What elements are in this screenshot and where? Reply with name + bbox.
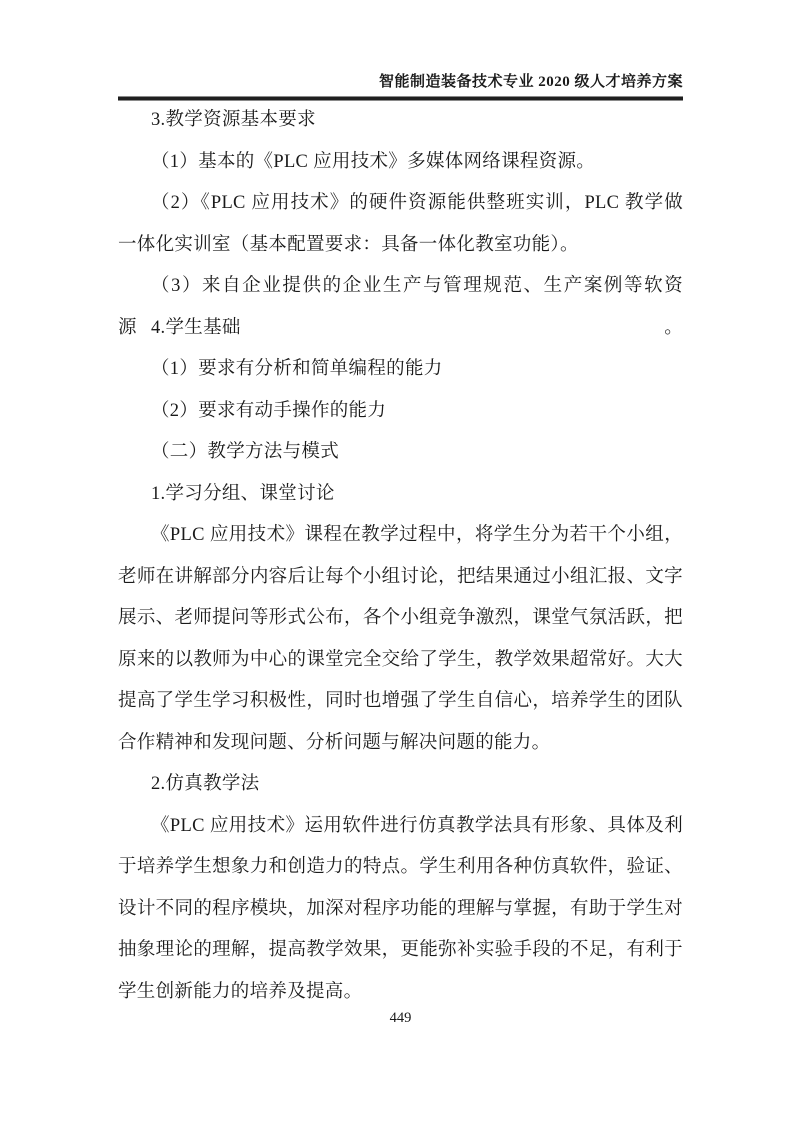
text-line: 一体化实训室（基本配置要求：具备一体化教室功能）。: [118, 225, 683, 267]
text-line: （1）要求有分析和简单编程的能力: [118, 349, 683, 391]
text-line: 原来的以教师为中心的课堂完全交给了学生，教学效果超常好。大大: [118, 640, 683, 682]
text-line: （3）来自企业提供的企业生产与管理规范、生产案例等软资源。: [118, 266, 683, 308]
text-line: 设计不同的程序模块，加深对程序功能的理解与掌握，有助于学生对: [118, 889, 683, 931]
page-number: 449: [390, 1010, 412, 1026]
header-title: 智能制造装备技术专业 2020 级人才培养方案: [118, 72, 683, 93]
text-line: 抽象理论的理解，提高教学效果，更能弥补实验手段的不足，有利于: [118, 930, 683, 972]
text-line: （二）教学方法与模式: [118, 432, 683, 474]
text-line: 合作精神和发现问题、分析问题与解决问题的能力。: [118, 723, 683, 765]
text-line: 学生创新能力的培养及提高。: [118, 972, 683, 1014]
text-line: 老师在讲解部分内容后让每个小组讨论，把结果通过小组汇报、文字: [118, 557, 683, 599]
text-line: （1）基本的《PLC 应用技术》多媒体网络课程资源。: [118, 142, 683, 184]
text-line: 展示、老师提问等形式公布，各个小组竞争激烈，课堂气氛活跃，把: [118, 598, 683, 640]
text-line: 2.仿真教学法: [118, 764, 683, 806]
document-body: 3.教学资源基本要求（1）基本的《PLC 应用技术》多媒体网络课程资源。（2）《…: [118, 100, 683, 1013]
page-footer: 449: [118, 1008, 683, 1028]
text-line: 《PLC 应用技术》运用软件进行仿真教学法具有形象、具体及利: [118, 806, 683, 848]
text-line: 《PLC 应用技术》课程在教学过程中，将学生分为若干个小组，: [118, 515, 683, 557]
text-line: （2）要求有动手操作的能力: [118, 391, 683, 433]
text-line: （2）《PLC 应用技术》的硬件资源能供整班实训，PLC 教学做: [118, 183, 683, 225]
text-line: 提高了学生学习积极性，同时也增强了学生自信心，培养学生的团队: [118, 681, 683, 723]
text-line: 于培养学生想象力和创造力的特点。学生利用各种仿真软件，验证、: [118, 847, 683, 889]
document-page: 智能制造装备技术专业 2020 级人才培养方案 3.教学资源基本要求（1）基本的…: [0, 0, 793, 1122]
text-line: 1.学习分组、课堂讨论: [118, 474, 683, 516]
text-line: 3.教学资源基本要求: [118, 100, 683, 142]
